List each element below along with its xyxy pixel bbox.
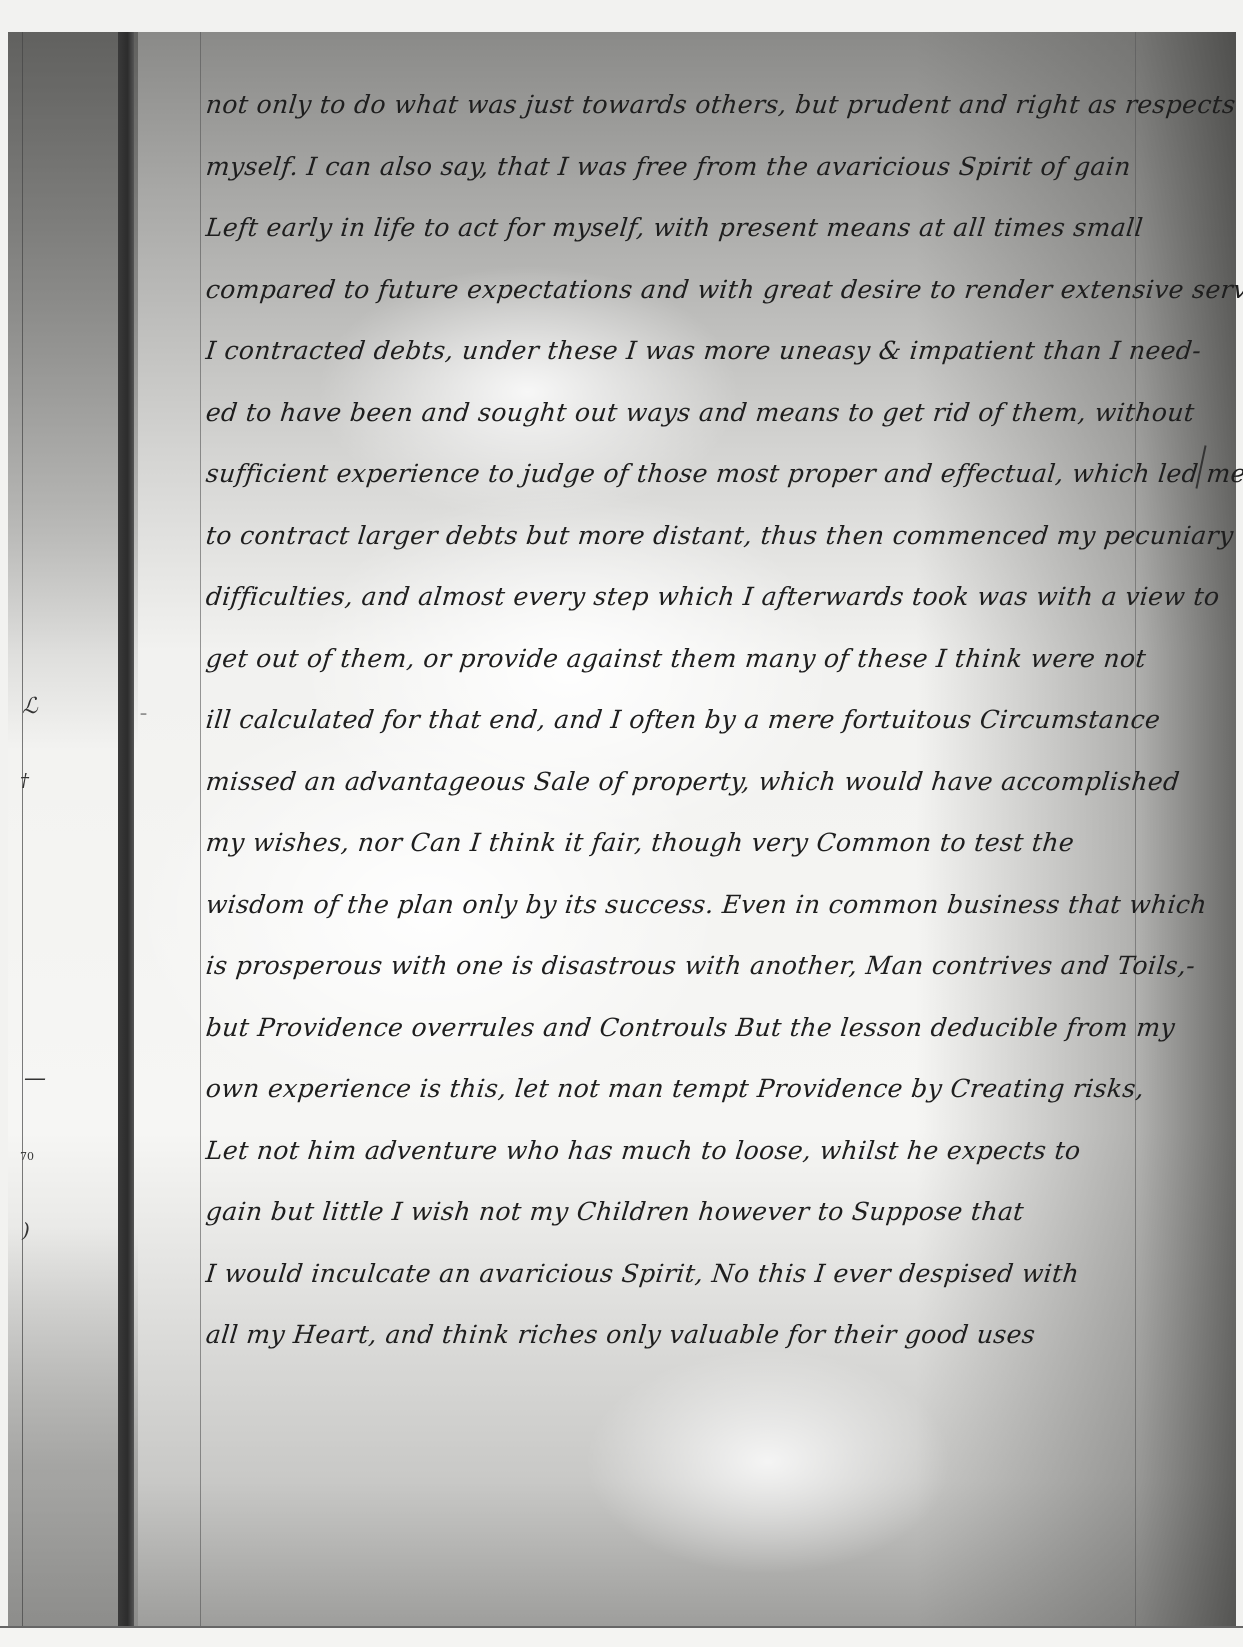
- manuscript-line: all my Heart, and think riches only valu…: [203, 1304, 1149, 1366]
- margin-mark: 70: [20, 1150, 34, 1163]
- left-margin-rule: [200, 32, 201, 1626]
- margin-mark: †: [20, 770, 29, 791]
- manuscript-line: but Providence overrules and Controuls B…: [203, 997, 1149, 1059]
- manuscript-line: ed to have been and sought out ways and …: [203, 382, 1149, 444]
- manuscript-line: I would inculcate an avaricious Spirit, …: [203, 1243, 1149, 1305]
- manuscript-line: own experience is this, let not man temp…: [203, 1058, 1149, 1120]
- scanned-page: ℒ † — 70 ) – not only to do what was jus…: [0, 0, 1243, 1647]
- margin-mark: ℒ: [22, 694, 38, 719]
- manuscript-line: is prosperous with one is disastrous wit…: [203, 935, 1149, 997]
- manuscript-line: missed an advantageous Sale of property,…: [203, 751, 1149, 813]
- manuscript-line: compared to future expectations and with…: [203, 259, 1149, 321]
- page-bottom-edge: [0, 1626, 1243, 1647]
- manuscript-text-block: not only to do what was just towards oth…: [206, 74, 1146, 1366]
- manuscript-line: my wishes, nor Can I think it fair, thou…: [203, 812, 1149, 874]
- binding-gutter-shadow: [118, 32, 134, 1626]
- margin-mark: —: [24, 1066, 46, 1091]
- manuscript-line: Let not him adventure who has much to lo…: [203, 1120, 1149, 1182]
- manuscript-line: wisdom of the plan only by its success. …: [203, 874, 1149, 936]
- inner-margin-mark: –: [140, 706, 147, 722]
- margin-mark: ): [22, 1218, 30, 1242]
- manuscript-line: not only to do what was just towards oth…: [203, 74, 1149, 136]
- manuscript-line: Left early in life to act for myself, wi…: [203, 197, 1149, 259]
- manuscript-line: sufficient experience to judge of those …: [203, 443, 1149, 505]
- manuscript-line: difficulties, and almost every step whic…: [203, 566, 1149, 628]
- manuscript-line: get out of them, or provide against them…: [203, 628, 1149, 690]
- manuscript-line: gain but little I wish not my Children h…: [203, 1181, 1149, 1243]
- manuscript-line: to contract larger debts but more distan…: [203, 505, 1149, 567]
- manuscript-line: I contracted debts, under these I was mo…: [203, 320, 1149, 382]
- outer-margin-rule: [22, 32, 23, 1626]
- manuscript-line: ill calculated for that end, and I often…: [203, 689, 1149, 751]
- manuscript-line: myself. I can also say, that I was free …: [203, 136, 1149, 198]
